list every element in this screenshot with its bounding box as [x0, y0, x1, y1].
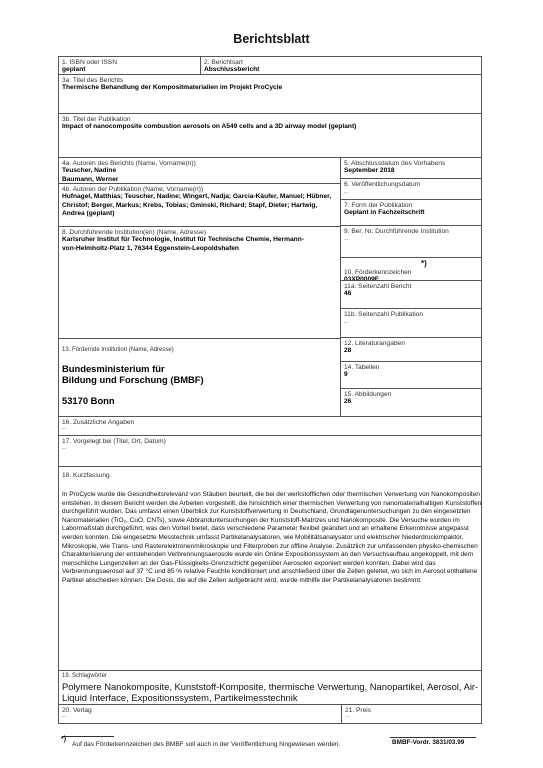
- footnote-marker: *): [61, 736, 66, 743]
- field-label: 9. Ber. Nr. Durchführende Institution: [344, 228, 449, 235]
- field-label: 11a. Seitenzahl Bericht: [344, 283, 411, 290]
- institution-line: Bundesministerium für: [62, 363, 204, 374]
- institution-line: Bildung und Forschung (BMBF): [62, 374, 204, 385]
- form-id-rule: [390, 737, 476, 738]
- field-label: 3a. Titel des Berichts: [62, 77, 123, 84]
- keywords-text: Polymere Nanokomposite, Kunststoff-Kompo…: [62, 681, 482, 704]
- field-abbildungen: 15. Abbildungen 26: [340, 388, 482, 417]
- field-foerdernde-institution: 13. Fördernde Institution (Name, Adresse…: [58, 338, 341, 417]
- field-preis: 21. Preis --: [341, 704, 482, 724]
- field-autoren-publikation: 4b. Autoren der Publikation (Name, Vorna…: [58, 183, 341, 227]
- field-value: --: [62, 713, 66, 720]
- field-label: 1. ISBN oder ISSN: [62, 59, 117, 66]
- field-seitenzahl-publikation: 11b. Seitenzahl Publikation --: [340, 308, 482, 338]
- footnote-text: Auf das Förderkennzeichen des BMBF soll …: [72, 741, 340, 748]
- field-label: 18. Kurzfassung: [62, 472, 110, 479]
- field-label: 14. Tabellen: [344, 364, 379, 371]
- field-isbn: 1. ISBN oder ISSN geplant: [58, 56, 201, 75]
- field-label: 4b. Autoren der Publikation (Name, Vorna…: [62, 186, 203, 193]
- field-ber-nr: 9. Ber. Nr. Durchführende Institution --: [340, 225, 482, 258]
- field-foerderkennzeichen: 10. Förderkennzeichen *) 03XP0009F: [340, 257, 482, 281]
- field-value: Hufnagel, Matthias; Teuscher, Nadine; Wi…: [62, 193, 334, 219]
- field-label: 2. Berichtsart: [204, 59, 243, 66]
- field-label: 13. Fördernde Institution (Name, Adresse…: [62, 347, 174, 353]
- field-form-publikation: 7. Form der Publikation Geplant in Fachz…: [340, 199, 482, 226]
- field-value: --: [345, 713, 349, 720]
- field-vorgelegt-bei: 17. Vorgelegt bei (Titel, Ort, Datum) --: [58, 435, 482, 467]
- form-id: BMBF-Vordr. 3831/03.99: [392, 739, 464, 746]
- field-titel-bericht: 3a. Titel des Berichts Thermische Behand…: [58, 74, 482, 114]
- field-label: 20. Verlag: [62, 707, 92, 714]
- field-label: 11b. Seitenzahl Publikation: [344, 311, 423, 318]
- field-veroeffentlichungsdatum: 6. Veröffentlichungsdatum --: [340, 178, 482, 200]
- footnote-marker: *): [421, 259, 427, 268]
- footnote-rule: [62, 736, 114, 737]
- institution-address: 53170 Bonn: [62, 395, 115, 406]
- field-value: Bundesministerium für Bildung und Forsch…: [62, 363, 204, 385]
- field-zusaetzliche-angaben: 16. Zusätzliche Angaben --: [58, 416, 482, 436]
- field-value: --: [62, 425, 66, 432]
- field-value: --: [62, 445, 66, 452]
- field-value: Karlsruher Institut für Technologie, Ins…: [62, 236, 312, 253]
- field-label: 16. Zusätzliche Angaben: [62, 419, 134, 426]
- page-title: Berichtsblatt: [0, 32, 543, 46]
- field-label: 10. Förderkennzeichen: [344, 269, 411, 276]
- field-label: 4a. Autoren des Berichts (Name, Vorname(…: [62, 160, 196, 167]
- field-value: Teuscher, Nadine Baumann, Werner: [62, 167, 118, 184]
- field-value: 26: [344, 398, 351, 407]
- field-value: Geplant in Fachzeitschrift: [344, 209, 425, 218]
- field-value: --: [344, 319, 348, 326]
- field-value: 9: [344, 371, 348, 380]
- field-tabellen: 14. Tabellen 9: [340, 361, 482, 389]
- field-value: 46: [344, 290, 351, 299]
- field-verlag: 20. Verlag --: [58, 704, 342, 724]
- author-line: Teuscher, Nadine: [62, 167, 118, 176]
- field-seitenzahl-bericht: 11a. Seitenzahl Bericht 46: [340, 280, 482, 309]
- field-label: 15. Abbildungen: [344, 391, 391, 398]
- field-value: --: [344, 189, 348, 196]
- field-label: 3b. Titel der Publikation: [62, 116, 131, 123]
- field-label: 6. Veröffentlichungsdatum: [344, 181, 420, 188]
- field-label: 19. Schlagwörter: [62, 673, 107, 679]
- field-value: 28: [344, 347, 351, 356]
- field-kurzfassung: 18. Kurzfassung In ProCycle wurde die Ge…: [58, 466, 482, 671]
- field-value: Thermische Behandlung der Kompositmateri…: [62, 84, 282, 93]
- field-label: 8. Durchführende Institution(en) (Name, …: [62, 229, 206, 236]
- field-label: 7. Form der Publikation: [344, 202, 412, 209]
- field-label: 12. Literaturangaben: [344, 340, 405, 347]
- field-berichtsart: 2. Berichtsart Abschlussbericht: [200, 56, 482, 75]
- field-durchfuehrende-institution: 8. Durchführende Institution(en) (Name, …: [58, 226, 341, 339]
- field-literaturangaben: 12. Literaturangaben 28: [340, 337, 482, 362]
- field-titel-publikation: 3b. Titel der Publikation Impact of nano…: [58, 113, 482, 158]
- abstract-text: In ProCycle wurde die Gesundheitsrelevan…: [62, 491, 482, 586]
- field-schlagwoerter: 19. Schlagwörter Polymere Nanokomposite,…: [58, 670, 482, 705]
- field-label: 17. Vorgelegt bei (Titel, Ort, Datum): [62, 438, 166, 445]
- field-value: Impact of nanocomposite combustion aeros…: [62, 123, 356, 132]
- field-label: 5. Abschlussdatum des Vorhabens: [344, 160, 445, 167]
- field-value: --: [344, 236, 348, 243]
- field-value: September 2018: [344, 167, 395, 176]
- field-abschlussdatum: 5. Abschlussdatum des Vorhabens Septembe…: [340, 157, 482, 179]
- field-autoren-bericht: 4a. Autoren des Berichts (Name, Vorname(…: [58, 157, 341, 184]
